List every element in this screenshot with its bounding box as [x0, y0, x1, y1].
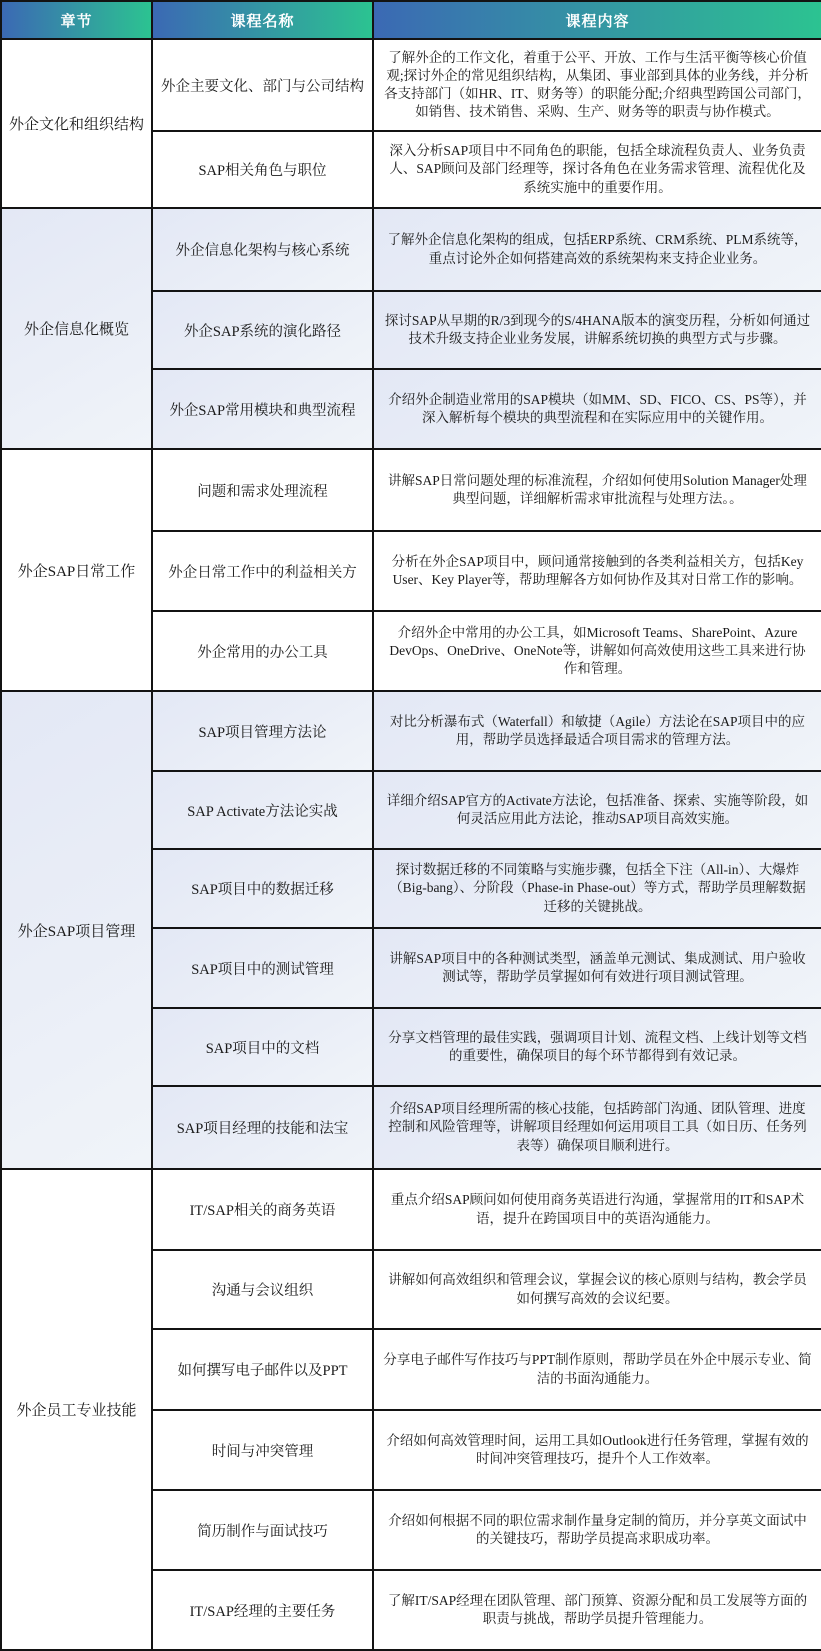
course-content-cell: 介绍外企中常用的办公工具，如Microsoft Teams、SharePoint…	[373, 611, 821, 691]
course-content-cell: 探讨数据迁移的不同策略与实施步骤，包括全下注（All-in）、大爆炸（Big-b…	[373, 849, 821, 928]
course-name-cell: SAP Activate方法论实战	[152, 771, 373, 849]
header-row: 章节 课程名称 课程内容	[1, 1, 821, 39]
course-name-cell: 外企常用的办公工具	[152, 611, 373, 691]
course-name-cell: 问题和需求处理流程	[152, 449, 373, 531]
course-content-cell: 介绍如何根据不同的职位需求制作量身定制的简历，并分享英文面试中的关键技巧，帮助学…	[373, 1490, 821, 1570]
course-name-cell: SAP项目中的文档	[152, 1008, 373, 1086]
course-name-cell: 外企日常工作中的利益相关方	[152, 531, 373, 611]
course-name-cell: SAP项目中的数据迁移	[152, 849, 373, 928]
course-content-cell: 讲解如何高效组织和管理会议，掌握会议的核心原则与结构，教会学员如何撰写高效的会议…	[373, 1250, 821, 1329]
course-name-cell: IT/SAP相关的商务英语	[152, 1169, 373, 1250]
col-header-chapter: 章节	[1, 1, 152, 39]
course-content-cell: 重点介绍SAP顾问如何使用商务英语进行沟通，掌握常用的IT和SAP术语，提升在跨…	[373, 1169, 821, 1250]
table-row: 外企信息化概览 外企信息化架构与核心系统 了解外企信息化架构的组成，包括ERP系…	[1, 208, 821, 291]
course-name-cell: 外企信息化架构与核心系统	[152, 208, 373, 291]
course-content-cell: 分享文档管理的最佳实践，强调项目计划、流程文档、上线计划等文档的重要性，确保项目…	[373, 1008, 821, 1086]
course-content-cell: 介绍外企制造业常用的SAP模块（如MM、SD、FICO、CS、PS等），并深入解…	[373, 369, 821, 449]
col-header-course-content: 课程内容	[373, 1, 821, 39]
chapter-cell: 外企文化和组织结构	[1, 39, 152, 208]
course-name-cell: 简历制作与面试技巧	[152, 1490, 373, 1570]
table-row: 外企SAP日常工作 问题和需求处理流程 讲解SAP日常问题处理的标准流程，介绍如…	[1, 449, 821, 531]
course-name-cell: SAP项目管理方法论	[152, 691, 373, 771]
course-content-cell: 了解外企的工作文化，着重于公平、开放、工作与生活平衡等核心价值观;探讨外企的常见…	[373, 39, 821, 131]
course-name-cell: 外企主要文化、部门与公司结构	[152, 39, 373, 131]
course-content-cell: 讲解SAP日常问题处理的标准流程，介绍如何使用Solution Manager处…	[373, 449, 821, 531]
course-content-cell: 详细介绍SAP官方的Activate方法论，包括准备、探索、实施等阶段，如何灵活…	[373, 771, 821, 849]
course-name-cell: 如何撰写电子邮件以及PPT	[152, 1329, 373, 1410]
chapter-cell: 外企员工专业技能	[1, 1169, 152, 1650]
table-row: 外企文化和组织结构 外企主要文化、部门与公司结构 了解外企的工作文化，着重于公平…	[1, 39, 821, 131]
course-content-cell: 探讨SAP从早期的R/3到现今的S/4HANA版本的演变历程，分析如何通过技术升…	[373, 291, 821, 369]
course-name-cell: IT/SAP经理的主要任务	[152, 1570, 373, 1650]
course-content-cell: 深入分析SAP项目中不同角色的职能，包括全球流程负责人、业务负责人、SAP顾问及…	[373, 131, 821, 208]
course-content-cell: 分析在外企SAP项目中，顾问通常接触到的各类利益相关方，包括Key User、K…	[373, 531, 821, 611]
course-name-cell: 时间与冲突管理	[152, 1410, 373, 1490]
course-name-cell: 沟通与会议组织	[152, 1250, 373, 1329]
course-content-cell: 对比分析瀑布式（Waterfall）和敏捷（Agile）方法论在SAP项目中的应…	[373, 691, 821, 771]
chapter-cell: 外企SAP日常工作	[1, 449, 152, 691]
table-row: 外企SAP项目管理 SAP项目管理方法论 对比分析瀑布式（Waterfall）和…	[1, 691, 821, 771]
course-table: 章节 课程名称 课程内容 外企文化和组织结构 外企主要文化、部门与公司结构 了解…	[0, 0, 821, 1651]
course-content-cell: 了解外企信息化架构的组成，包括ERP系统、CRM系统、PLM系统等，重点讨论外企…	[373, 208, 821, 291]
course-content-cell: 分享电子邮件写作技巧与PPT制作原则，帮助学员在外企中展示专业、简洁的书面沟通能…	[373, 1329, 821, 1410]
course-name-cell: 外企SAP系统的演化路径	[152, 291, 373, 369]
course-name-cell: SAP项目中的测试管理	[152, 928, 373, 1008]
course-name-cell: SAP项目经理的技能和法宝	[152, 1086, 373, 1169]
chapter-cell: 外企SAP项目管理	[1, 691, 152, 1169]
course-name-cell: SAP相关角色与职位	[152, 131, 373, 208]
chapter-cell: 外企信息化概览	[1, 208, 152, 449]
course-name-cell: 外企SAP常用模块和典型流程	[152, 369, 373, 449]
course-content-cell: 介绍如何高效管理时间，运用工具如Outlook进行任务管理，掌握有效的时间冲突管…	[373, 1410, 821, 1490]
course-content-cell: 介绍SAP项目经理所需的核心技能，包括跨部门沟通、团队管理、进度控制和风险管理等…	[373, 1086, 821, 1169]
course-content-cell: 讲解SAP项目中的各种测试类型，涵盖单元测试、集成测试、用户验收测试等，帮助学员…	[373, 928, 821, 1008]
table-row: 外企员工专业技能 IT/SAP相关的商务英语 重点介绍SAP顾问如何使用商务英语…	[1, 1169, 821, 1250]
course-content-cell: 了解IT/SAP经理在团队管理、部门预算、资源分配和员工发展等方面的职责与挑战，…	[373, 1570, 821, 1650]
course-syllabus-page: 章节 课程名称 课程内容 外企文化和组织结构 外企主要文化、部门与公司结构 了解…	[0, 0, 821, 1651]
col-header-course-name: 课程名称	[152, 1, 373, 39]
